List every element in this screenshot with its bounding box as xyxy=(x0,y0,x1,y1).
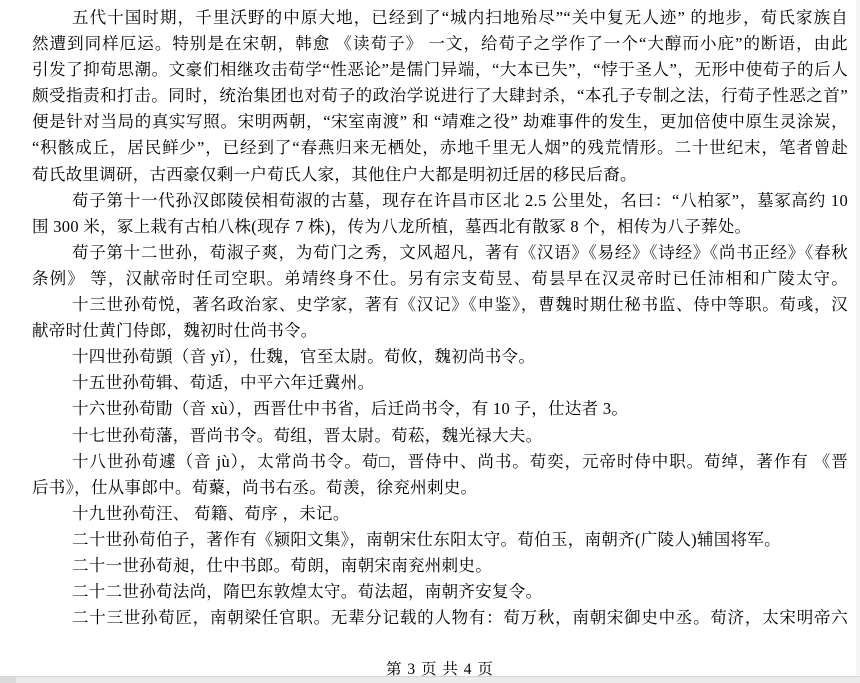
text-line: 荀氏故里调研，古西豪仅剩一户荀氏人家，其他住户大都是明初迁居的移民后裔。 xyxy=(32,162,848,188)
text-line: 荀子第十二世孙，荀淑子爽，为荀门之秀，文风超凡，著有《汉语》《易经》《诗经》《尚… xyxy=(32,240,848,266)
text-line: 二十三世孙荀匠，南朝梁任官职。无辈分记载的人物有：荀万秋，南朝宋御史中丞。荀济，… xyxy=(32,605,848,631)
window-right-edge xyxy=(856,0,860,683)
text-line: 五代十国时期，千里沃野的中原大地，已经到了“城内扫地殆尽”“关中复无人迹” 的地… xyxy=(32,5,848,31)
document-page: 五代十国时期，千里沃野的中原大地，已经到了“城内扫地殆尽”“关中复无人迹” 的地… xyxy=(32,5,848,631)
text-line: 二十一世孙荀昶，仕中书郎。荀朗，南朝宋南兖州刺史。 xyxy=(32,553,848,579)
text-line: 十七世孙荀藩，晋尚书令。荀组，晋太尉。荀菘，魏光禄大夫。 xyxy=(32,423,848,449)
text-line: 十四世孙荀顗（音 yǐ），仕魏，官至太尉。荀攸，魏初尚书令。 xyxy=(32,344,848,370)
text-line: 便是针对当局的真实写照。宋明两朝，“宋室南渡” 和 “靖难之役” 劫难事件的发生… xyxy=(32,109,848,135)
window-bottom-edge xyxy=(0,676,860,683)
text-line: 条例》 等，汉献帝时任司空职。弟靖终身不仕。另有宗支荀昱、荀昙早在汉灵帝时已任沛… xyxy=(32,266,848,292)
text-line: 荀子第十一代孙汉郎陵侯相荀淑的古墓，现存在许昌市区北 2.5 公里处，名曰：“八… xyxy=(32,188,848,214)
document-viewer: 五代十国时期，千里沃野的中原大地，已经到了“城内扫地殆尽”“关中复无人迹” 的地… xyxy=(0,0,860,683)
text-line: 十五世孙荀辑、荀适，中平六年迁冀州。 xyxy=(32,370,848,396)
text-line: 二十世孙荀伯子，著作有《颍阳文集》，南朝宋仕东阳太守。荀伯玉，南朝齐(广陵人)辅… xyxy=(32,527,848,553)
text-line: 二十二世孙荀法尚，隋巴东敦煌太守。荀法超，南朝齐安复令。 xyxy=(32,579,848,605)
text-line: 颇受指责和打击。同时，统治集团也对荀子的政治学说进行了大肆封杀，“本孔子专制之法… xyxy=(32,83,848,109)
text-line: 然遭到同样厄运。特别是在宋朝，韩愈 《读荀子》 一文，给荀子之学作了一个“大醇而… xyxy=(32,31,848,57)
text-line: “积骸成丘，居民鲜少”，已经到了“春燕归来无栖处，赤地千里无人烟”的残荒情形。二… xyxy=(32,135,848,161)
text-line: 引发了抑荀思潮。文豪们相继攻击荀学“性恶论”是儒门异端，“大本已失”，“悖于圣人… xyxy=(32,57,848,83)
text-line: 十九世孙荀汪、 荀籍、荀序 ，未记。 xyxy=(32,501,848,527)
text-line: 十六世孙荀勖（音 xù），西晋仕中书省，后迁尚书令，有 10 子，仕达者 3。 xyxy=(32,396,848,422)
text-line: 十三世孙荀悦，著名政治家、史学家，著有《汉记》《申鉴》，曹魏时期仕秘书监、侍中等… xyxy=(32,292,848,318)
text-line: 后书》，仕从事郎中。荀藂，尚书右丞。荀羡，徐兖州刺史。 xyxy=(32,475,848,501)
text-line: 献帝时仕黄门侍郎，魏初时仕尚书令。 xyxy=(32,318,848,344)
text-line: 十八世孙荀遽（音 jù），太常尚书令。荀□，晋侍中、尚书。荀奕，元帝时侍中职。荀… xyxy=(32,449,848,475)
scrollbar-corner xyxy=(0,677,16,683)
text-line: 围 300 米，冢上栽有古柏八株(现存 7 株)，传为八龙所植，墓西北有散冢 8… xyxy=(32,214,848,240)
